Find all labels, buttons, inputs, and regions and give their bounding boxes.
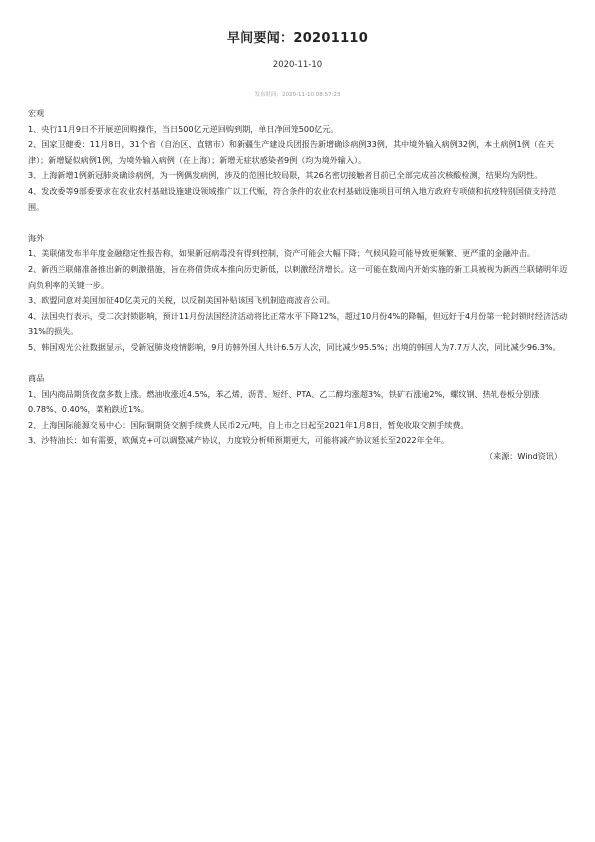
news-item: 5、韩国观光公社数据显示，受新冠肺炎疫情影响，9月访韩外国人共计6.5万人次，同… xyxy=(28,340,568,356)
article-body: 宏观 1、央行11月9日不开展逆回购操作，当日500亿元逆回购到期，单日净回笼5… xyxy=(28,106,568,465)
news-item: 2、上海国际能源交易中心：国际铜期货交割手续费人民币2元/吨，自上市之日起至20… xyxy=(28,418,568,434)
news-item: 3、沙特油长：如有需要，欧佩克+可以调整减产协议，力度较分析师预期更大，可能将减… xyxy=(28,433,568,449)
news-item: 2、新西兰联储准备推出新的刺激措施，旨在将借贷成本推向历史新低，以刺激经济增长。… xyxy=(28,262,568,293)
section-spacer xyxy=(28,215,568,231)
section-spacer xyxy=(28,356,568,372)
news-item: 3、欧盟同意对美国加征40亿美元的关税，以反制美国补贴该国飞机制造商波音公司。 xyxy=(28,293,568,309)
source-note: （来源：Wind资讯） xyxy=(28,449,568,465)
news-item: 2、国家卫健委：11月8日，31个省（自治区、直辖市）和新疆生产建设兵团报告新增… xyxy=(28,137,568,168)
news-item: 4、法国央行表示，受二次封锁影响，预计11月份法国经济活动将比正常水平下降12%… xyxy=(28,309,568,340)
publish-time: 发布时间：2020-11-10 08:57:23 xyxy=(0,90,595,98)
section-commodities: 商品 1、国内商品期货夜盘多数上涨。燃油收涨近4.5%，苯乙烯、沥青、短纤、PT… xyxy=(28,371,568,449)
news-item: 1、美联储发布半年度金融稳定性报告称，如果新冠病毒没有得到控制，资产可能会大幅下… xyxy=(28,246,568,262)
document-date: 2020-11-10 xyxy=(0,60,595,70)
section-overseas: 海外 1、美联储发布半年度金融稳定性报告称，如果新冠病毒没有得到控制，资产可能会… xyxy=(28,231,568,356)
document-title: 早间要闻：20201110 xyxy=(0,27,595,46)
news-item: 3、上海新增1例新冠肺炎确诊病例，为一例偶发病例，涉及的范围比较局限，其26名密… xyxy=(28,168,568,184)
news-item: 1、央行11月9日不开展逆回购操作，当日500亿元逆回购到期，单日净回笼500亿… xyxy=(28,122,568,138)
news-item: 4、发改委等9部委要求在农业农村基础设施建设领域推广以工代赈，符合条件的农业农村… xyxy=(28,184,568,215)
section-heading: 海外 xyxy=(28,231,568,247)
news-item: 1、国内商品期货夜盘多数上涨。燃油收涨近4.5%，苯乙烯、沥青、短纤、PTA、乙… xyxy=(28,387,568,418)
section-heading: 商品 xyxy=(28,371,568,387)
section-heading: 宏观 xyxy=(28,106,568,122)
section-macro: 宏观 1、央行11月9日不开展逆回购操作，当日500亿元逆回购到期，单日净回笼5… xyxy=(28,106,568,215)
